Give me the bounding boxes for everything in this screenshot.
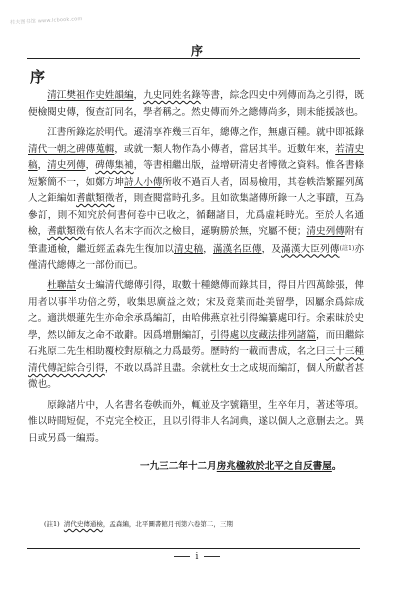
book-title: 九史同姓名錄 bbox=[143, 90, 201, 101]
text: 原錄諸片中，人名書名卷帙而外，輒並及字號籍里，生卒年月，著述等項。惟以時間短促，… bbox=[28, 400, 364, 444]
footer-rule bbox=[27, 548, 360, 549]
text: ， bbox=[86, 160, 96, 171]
paragraph-3: 杜聯喆女士編清代總傳引得，取數十種總傳而錄其目，得目片四萬餘張，俾用者以事半功倍… bbox=[28, 278, 364, 394]
underlined-text: 引得處以庋藏法排列諸篇 bbox=[210, 330, 316, 341]
book-title: 滿漢名臣傳 bbox=[213, 243, 262, 254]
footnote: (註1) 清代史傳通檢，孟森編，北平圖書館月刊第六卷第二，三期 bbox=[44, 519, 233, 528]
running-head: 序 bbox=[0, 42, 394, 59]
text: 江書所錄迄於明代。遜清享祚幾三百年，總傳之作，無慮百種。就中即祗錄 bbox=[47, 127, 364, 138]
text: ，及 bbox=[262, 243, 281, 254]
footnote-ref[interactable]: (註1) bbox=[340, 245, 355, 252]
paragraph-1: 清江樊祖作史姓韻編，九史同姓名錄等書，綜念四史中列傳而為之引得，既便檢閱史傳，復… bbox=[28, 88, 364, 121]
book-title: 清代一朝之碑傳蒐輯 bbox=[28, 144, 114, 155]
page-number: i bbox=[0, 552, 394, 562]
paragraph-4: 原錄諸片中，人名書名卷帙而外，輒並及字號籍里，生卒年月，著述等項。惟以時間短促，… bbox=[28, 398, 364, 448]
book-title: 清史列傳 bbox=[47, 160, 85, 171]
author-place: 房兆楹敘於北平之自反書屋 bbox=[217, 461, 332, 472]
text: 。 bbox=[332, 461, 342, 472]
book-title: 詩人小傳 bbox=[124, 177, 162, 188]
book-title: 清江樊祖作史姓韻編 bbox=[47, 90, 133, 101]
book-title: 滿漢大臣列傳 bbox=[281, 243, 339, 254]
section-title: 序 bbox=[30, 66, 45, 87]
dash-right bbox=[204, 556, 220, 557]
header-rule bbox=[27, 58, 360, 59]
text: 有依人名末字而次之檢目，遜駒勝於無，究屬不便； bbox=[86, 226, 307, 237]
signature-line: 一九三二年十二月房兆楹敘於北平之自反書屋。 bbox=[140, 458, 341, 472]
paragraph-2: 江書所錄迄於明代。遜清享祚幾三百年，總傳之作，無慮百種。就中即祗錄清代一朝之碑傳… bbox=[28, 125, 364, 274]
text: ，或就一類人物作為小傳者，當居其半。近數年來， bbox=[114, 144, 335, 155]
text: ，孟森編，北平圖書館月刊第六卷第二，三期 bbox=[103, 520, 233, 528]
text: ， bbox=[203, 243, 213, 254]
site-watermark: 村夫图书馆 www.lcbook.com bbox=[10, 15, 83, 26]
dash-left bbox=[174, 556, 190, 557]
text: ， bbox=[134, 90, 144, 101]
person-name: 杜聯喆 bbox=[47, 280, 76, 291]
date: 一九三二年十二月 bbox=[140, 461, 217, 472]
text: ， bbox=[38, 160, 48, 171]
book-title: 耆獻類徵 bbox=[76, 193, 114, 204]
book-title: 清史稿 bbox=[174, 243, 203, 254]
book-title: 清代史傳通檢 bbox=[64, 520, 103, 528]
footnote-marker: (註1) bbox=[44, 520, 60, 528]
book-title: 耆獻類徵 bbox=[47, 226, 85, 237]
book-title: 清史列傳 bbox=[306, 226, 344, 237]
book-title: 碑傳集補 bbox=[95, 160, 133, 171]
page-number-value: i bbox=[196, 552, 199, 562]
preface-body: 清江樊祖作史姓韻編，九史同姓名錄等書，綜念四史中列傳而為之引得，既便檢閱史傳，復… bbox=[28, 88, 364, 451]
